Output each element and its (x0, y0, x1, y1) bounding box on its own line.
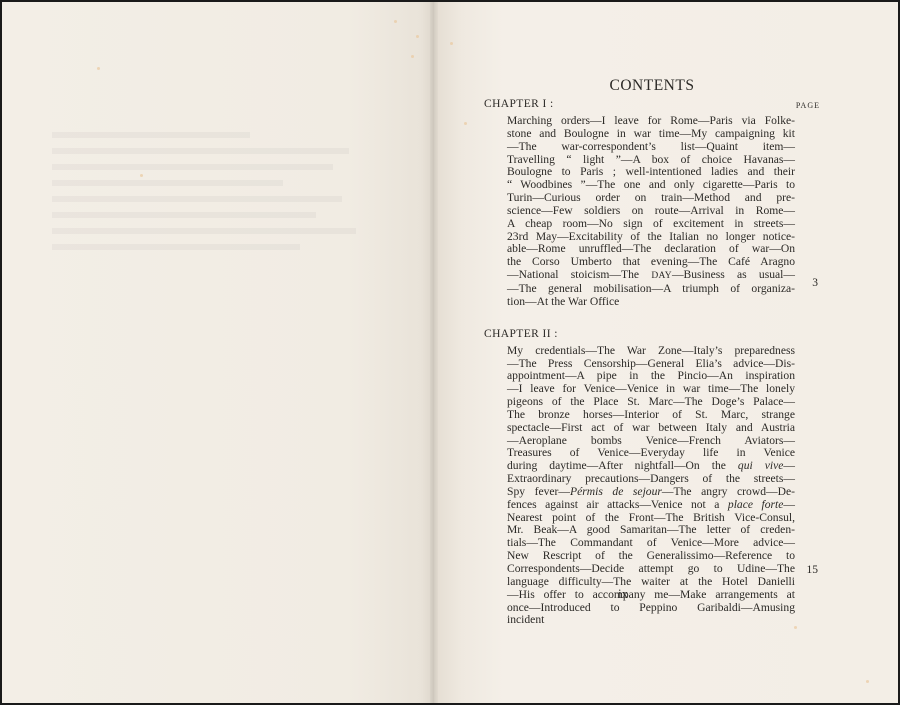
table-of-contents: CONTENTS CHAPTER I : PAGE Marching order… (484, 76, 820, 627)
chapter-1-page: 3 (812, 277, 818, 289)
page-folio: ix (618, 586, 628, 602)
chapter-2-synopsis: My credentials—The War Zone—Italy’s prep… (507, 345, 795, 628)
chapter-2-label: CHAPTER II : (484, 326, 820, 342)
book-gutter (430, 2, 438, 703)
page-column-label: PAGE (796, 98, 820, 114)
chapter-1-label: CHAPTER I : PAGE (484, 96, 820, 112)
chapter-1-synopsis: Marching orders—I leave for Rome—Paris v… (507, 115, 795, 309)
show-through-text (52, 122, 382, 422)
left-page (2, 2, 434, 703)
chapter-2-page: 15 (807, 564, 819, 576)
contents-heading: CONTENTS (484, 76, 820, 96)
